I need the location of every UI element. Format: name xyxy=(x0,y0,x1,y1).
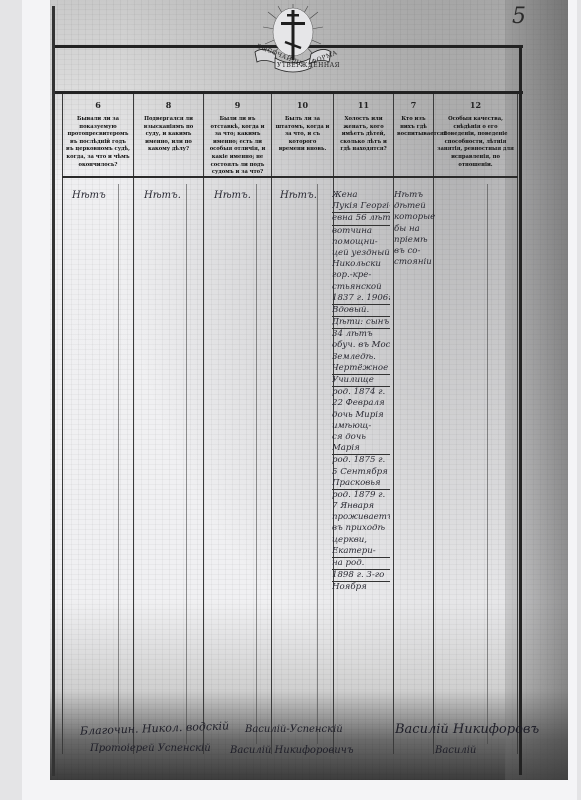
entry-line: Училище xyxy=(332,375,390,387)
entry-line: Екатери- xyxy=(332,546,390,558)
entry-col-6: Нѣтъ xyxy=(72,190,106,201)
signature-line1-right: Василій Никифоровъ xyxy=(395,722,539,737)
entry-line: помощни- xyxy=(332,237,390,248)
entry-line: Земледѣ. xyxy=(332,352,390,363)
entry-line: Прасковья xyxy=(332,478,390,490)
ruled-line xyxy=(256,184,257,744)
emblem: ВЫСОЧАЙШЕ УТВЕРЖДЕННАЯ ФОРМА xyxy=(253,2,333,74)
entry-line: Жена xyxy=(332,190,390,201)
entry-line: вотчина xyxy=(332,226,390,237)
ribbon-center-text: УТВЕРЖДЕННАЯ xyxy=(277,62,340,69)
entry-line: Ноября xyxy=(332,582,390,593)
entry-line: 1837 г. 1906г. xyxy=(332,293,390,305)
entry-line: проживаетъ xyxy=(332,512,390,523)
ruled-line xyxy=(487,184,488,744)
entry-line: 22 Февраля xyxy=(332,398,390,409)
entry-col-8: Нѣтъ. xyxy=(144,190,181,201)
entry-line: имѣющ- xyxy=(332,421,390,432)
column-12: 12 Особыя качества, свѣдѣнія о его повед… xyxy=(434,94,518,754)
signature-line2-mid: Василій Никифоровичъ xyxy=(230,745,354,756)
entry-line: гор.-кре- xyxy=(332,270,390,281)
entry-line: церкви, xyxy=(332,535,390,546)
entry-line: 5 Сентября xyxy=(332,467,390,478)
entry-line: Никольски xyxy=(332,259,390,270)
entry-line: въ со- xyxy=(394,246,438,257)
entry-col-11-family: Жена Лукія Георгі- евна 56 лѣтъ вотчина … xyxy=(332,190,390,594)
entry-col-10: Нѣтъ. xyxy=(280,190,317,201)
entry-line: 1898 г. 3-го xyxy=(332,570,390,582)
entry-line: на род. xyxy=(332,558,390,570)
entry-line: стояніи xyxy=(394,257,438,268)
signature-line2-left: Протоіерей Успенскій xyxy=(90,743,211,754)
entry-line: пріемѣ xyxy=(394,235,438,246)
page-number: 5 xyxy=(512,4,526,29)
ledger-table: 6 Бывали ли за показуемую протопресвитер… xyxy=(62,94,518,754)
entry-line: Нѣтъ xyxy=(394,190,438,201)
entry-line: стьянской xyxy=(332,282,390,293)
entry-line: которые xyxy=(394,212,438,223)
entry-line: род. 1875 г. xyxy=(332,455,390,466)
entry-line: род. 1874 г. xyxy=(332,387,390,398)
ruled-line xyxy=(118,184,119,744)
header-divider xyxy=(62,94,518,178)
entry-line: обуч. въ Мос. xyxy=(332,340,390,351)
entry-line: цей уездный xyxy=(332,248,390,259)
signature-line1-mid: Василій-Успенскій xyxy=(245,724,343,735)
entry-line: Чертёжное xyxy=(332,363,390,375)
entry-line: Марія xyxy=(332,443,390,455)
ruled-line xyxy=(317,184,318,744)
entry-line: Дѣти: сынъ xyxy=(332,317,390,329)
entry-line: 34 лѣтъ xyxy=(332,329,390,340)
entry-col-9: Нѣтъ. xyxy=(214,190,251,201)
entry-line: бы на xyxy=(394,224,438,235)
signature-line2-right: Василій xyxy=(435,745,476,756)
entry-line: Лукія Георгі- xyxy=(332,201,390,213)
entry-line: Вдовый. xyxy=(332,305,390,317)
entry-line: род. 1879 г. xyxy=(332,490,390,501)
frame-left-border xyxy=(52,6,55,776)
entry-line: 7 Января xyxy=(332,501,390,512)
entry-line: въ приходѣ xyxy=(332,523,390,534)
entry-line: евна 56 лѣтъ xyxy=(332,213,390,225)
entry-line: ся дочь xyxy=(332,432,390,443)
frame-right-border xyxy=(519,45,522,775)
entry-line: дѣтей xyxy=(394,201,438,212)
entry-col-7-education: Нѣтъ дѣтей которые бы на пріемѣ въ со- с… xyxy=(394,190,438,268)
entry-line: дочь Мирія xyxy=(332,410,390,421)
ruled-line xyxy=(186,184,187,744)
